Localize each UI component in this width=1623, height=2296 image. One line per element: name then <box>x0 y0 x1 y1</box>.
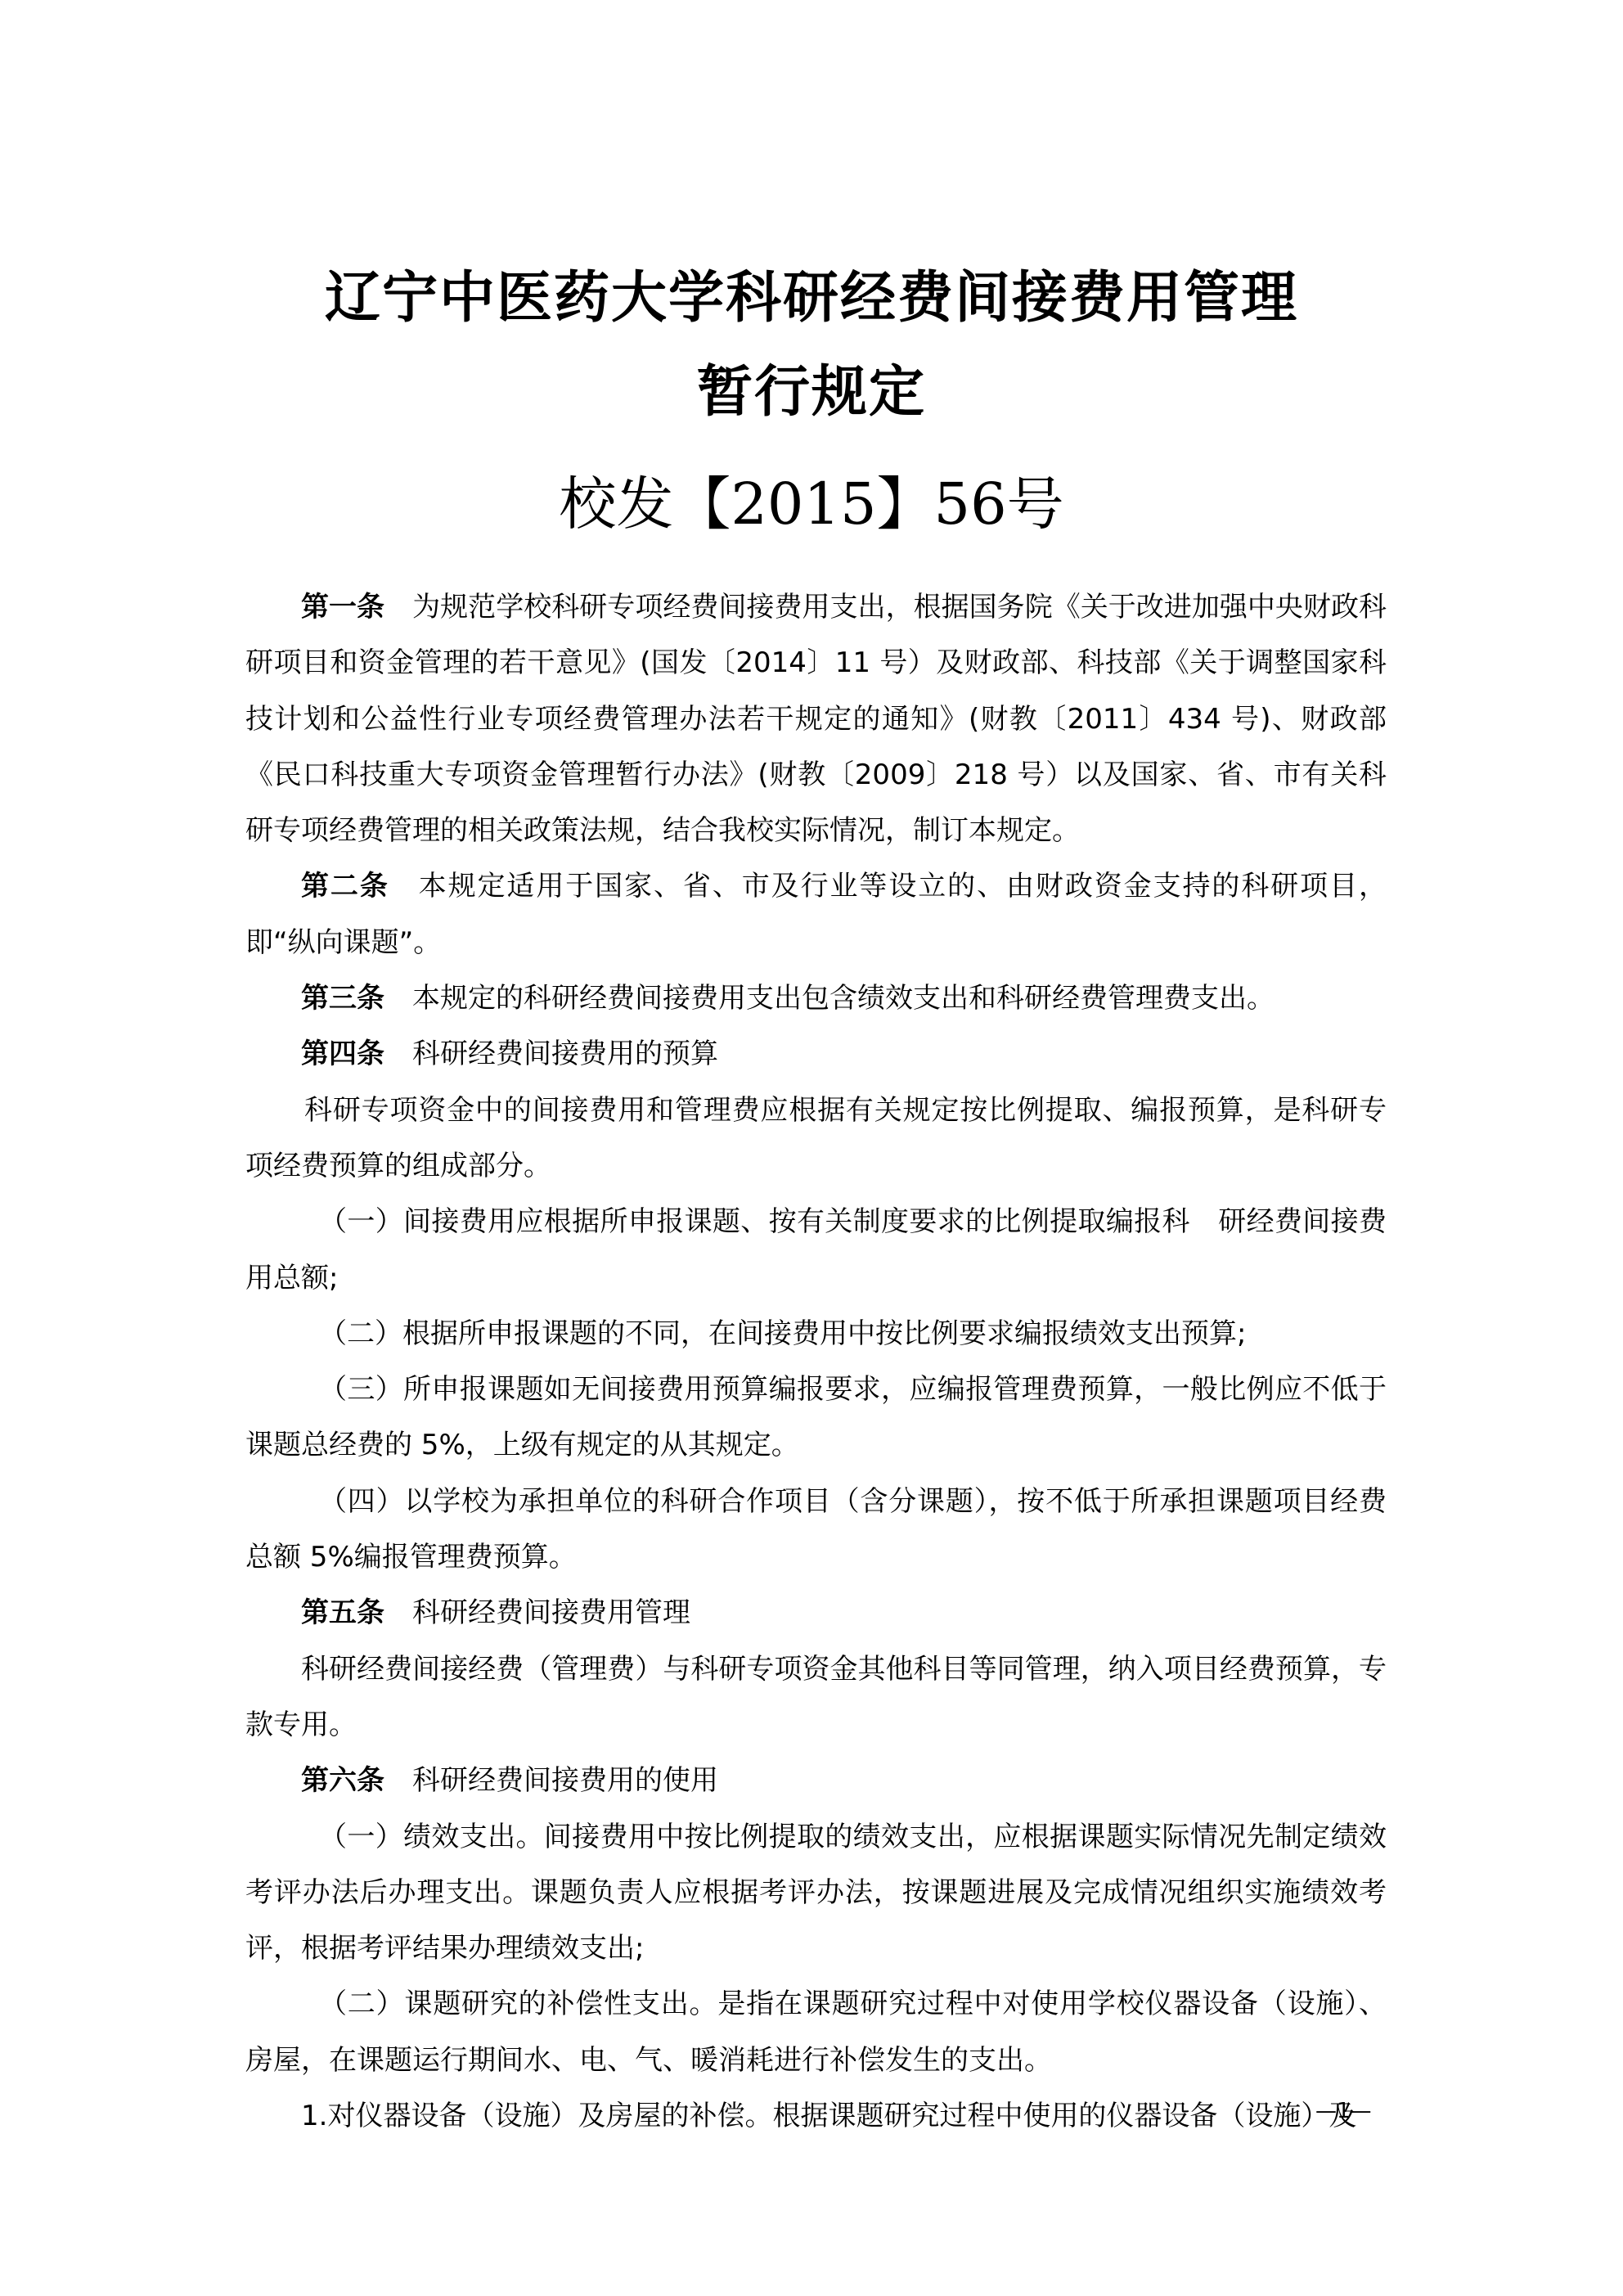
article-1: 第一条为规范学校科研专项经费间接费用支出，根据国务院《关于改进加强中央财政科研项… <box>245 579 1387 858</box>
article-label: 第五条 <box>301 1596 384 1629</box>
article-6: 第六条科研经费间接费用的使用 <box>245 1753 1387 1808</box>
article-label: 第六条 <box>301 1764 384 1797</box>
article-6-subitem-1: 1.对仪器设备（设施）及房屋的补偿。根据课题研究过程中使用的仪器设备（设施）及 <box>245 2088 1387 2144</box>
article-4-paragraph: 科研专项资金中的间接费用和管理费应根据有关规定按比例提取、编报预算，是科研专项经… <box>245 1083 1387 1195</box>
article-4: 第四条科研经费间接费用的预算 <box>245 1026 1387 1082</box>
document-number: 校发【2015】56号 <box>0 458 1623 541</box>
article-text: 为规范学校科研专项经费间接费用支出，根据国务院《关于改进加强中央财政科研项目和资… <box>245 591 1387 847</box>
article-heading: 科研经费间接费用的使用 <box>412 1764 718 1797</box>
article-label: 第二条 <box>301 870 389 903</box>
article-label: 第三条 <box>301 982 384 1015</box>
page-number: —1— <box>1315 2099 1372 2123</box>
article-6-item-1: （一）绩效支出。间接费用中按比例提取的绩效支出，应根据课题实际情况先制定绩效考评… <box>245 1809 1387 1977</box>
article-6-item-2: （二）课题研究的补偿性支出。是指在课题研究过程中对使用学校仪器设备（设施）、房屋… <box>245 1976 1387 2088</box>
article-5-paragraph: 科研经费间接经费（管理费）与科研专项资金其他科目等同管理，纳入项目经费预算，专款… <box>245 1641 1387 1754</box>
document-title-line-2: 暂行规定 <box>0 348 1623 427</box>
document-body: 第一条为规范学校科研专项经费间接费用支出，根据国务院《关于改进加强中央财政科研项… <box>245 579 1387 2144</box>
article-2: 第二条本规定适用于国家、省、市及行业等设立的、由财政资金支持的科研项目，即“纵向… <box>245 858 1387 970</box>
article-3: 第三条本规定的科研经费间接费用支出包含绩效支出和科研经费管理费支出。 <box>245 970 1387 1026</box>
article-text: 本规定适用于国家、省、市及行业等设立的、由财政资金支持的科研项目，即“纵向课题”… <box>245 870 1387 958</box>
article-label: 第一条 <box>301 591 384 624</box>
document-title-line-1: 辽宁中医药大学科研经费间接费用管理 <box>0 254 1623 333</box>
article-heading: 科研经费间接费用管理 <box>412 1596 690 1629</box>
article-4-item-3: （三）所申报课题如无间接费用预算编报要求，应编报管理费预算，一般比例应不低于课题… <box>245 1362 1387 1474</box>
article-text: 本规定的科研经费间接费用支出包含绩效支出和科研经费管理费支出。 <box>412 982 1275 1015</box>
article-heading: 科研经费间接费用的预算 <box>412 1038 718 1070</box>
article-4-item-1: （一）间接费用应根据所申报课题、按有关制度要求的比例提取编报科 研经费间接费用总… <box>245 1194 1387 1306</box>
article-5: 第五条科研经费间接费用管理 <box>245 1585 1387 1641</box>
article-4-item-2: （二）根据所申报课题的不同，在间接费用中按比例要求编报绩效支出预算; <box>245 1306 1387 1362</box>
article-label: 第四条 <box>301 1038 384 1070</box>
article-4-item-4: （四）以学校为承担单位的科研合作项目（含分课题），按不低于所承担课题项目经费总额… <box>245 1474 1387 1586</box>
